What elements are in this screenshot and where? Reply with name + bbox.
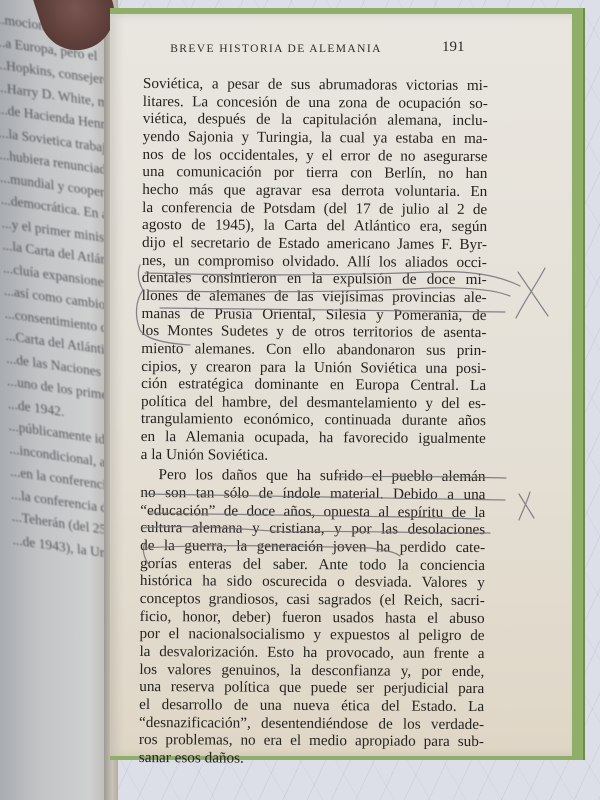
text-line: “desnazificación”, desentendiéndose de l… xyxy=(139,714,484,734)
text-line: una reserva política que puede ser perju… xyxy=(139,678,484,698)
paragraph-1: Soviética, a pesar de sus abrumadoras vi… xyxy=(141,75,488,466)
text-line: en la Alemania ocupada, ha favorecido ig… xyxy=(141,428,486,448)
text-line: ros problemas, no era el medio apropiado… xyxy=(139,731,484,751)
left-page-text: ...mociones presionó a ...a Europa, pero… xyxy=(0,8,112,571)
text-line: de la guerra, la generación joven ha per… xyxy=(140,537,485,557)
text-line: por el nacionalsocialismo y expuestos al… xyxy=(140,625,485,645)
text-line: agosto de 1945), la Carta del Atlántico … xyxy=(142,216,487,236)
text-line: gorías enteras del saber. Ante todo la c… xyxy=(140,555,485,575)
text-line: trangulamiento económico, continuada dur… xyxy=(141,410,486,430)
text-line: cipios, y crearon para la Unión Soviétic… xyxy=(141,357,486,377)
text-line: histórica ha sido oscurecida o desviada.… xyxy=(140,572,485,592)
text-line: cultura alemana y cristiana, y por las d… xyxy=(140,519,485,539)
text-line: la desvalorización. Esto ha provocado, a… xyxy=(139,643,484,663)
text-line: el desarrollo de una nueva ética del Est… xyxy=(139,696,484,716)
text-line: dijo el secretario de Estado americano J… xyxy=(142,234,487,254)
text-line: los valores genuinos, la desconfianza y,… xyxy=(139,661,484,681)
text-line: Pero los daños que ha sufrido el pueblo … xyxy=(141,466,486,486)
text-line: a la Unión Soviética. xyxy=(141,446,486,466)
running-head: BREVE HISTORIA DE ALEMANIA xyxy=(116,43,436,55)
text-line: Soviética, a pesar de sus abrumadoras vi… xyxy=(143,75,488,95)
text-line: “educación” de doce años, opuesta al esp… xyxy=(140,502,485,522)
text-line: ción estratégica dominante en Europa Cen… xyxy=(141,375,486,395)
text-line: miento alemanes. Con ello abandonaron su… xyxy=(141,340,486,360)
page-number: 191 xyxy=(442,39,465,56)
text-line: nos de los occidentales, y el error de n… xyxy=(142,146,487,166)
text-line: ficio, honor, deber) fueron usados hasta… xyxy=(140,608,485,628)
text-line: yendo Sajonia y Turingia, la cual ya est… xyxy=(143,128,488,148)
text-line: no son tan sólo de índole material. Debi… xyxy=(140,484,485,504)
left-page: ...mociones presionó a ...a Europa, pero… xyxy=(0,0,112,800)
text-line: viética, después de la capitulación alem… xyxy=(143,110,488,130)
text-line: manas de Prusia Oriental, Silesia y Pome… xyxy=(141,305,486,325)
text-line: nes, un compromiso olvidado. Allí los al… xyxy=(142,252,487,272)
text-line: los Montes Sudetes y de otros territorio… xyxy=(141,322,486,342)
text-line: hecho más que agravar esa derrota volunt… xyxy=(142,181,487,201)
paragraph-2: Pero los daños que ha sufrido el pueblo … xyxy=(139,466,486,768)
text-line: sanar esos daños. xyxy=(139,749,484,769)
text-line: llones de alemanes de las viejísimas pro… xyxy=(142,287,487,307)
text-line: una comunicación por tierra con Berlín, … xyxy=(142,163,487,183)
text-line: política del hambre, del desmantelamient… xyxy=(141,393,486,413)
body-text: Soviética, a pesar de sus abrumadoras vi… xyxy=(139,75,488,769)
text-line: dentales consintieron en la expulsión de… xyxy=(142,269,487,289)
text-line: la conferencia de Potsdam (del 17 de jul… xyxy=(142,199,487,219)
text-line: litares. La concesión de una zona de ocu… xyxy=(143,93,488,113)
text-line: conceptos grandiosos, casi sagrados (el … xyxy=(140,590,485,610)
